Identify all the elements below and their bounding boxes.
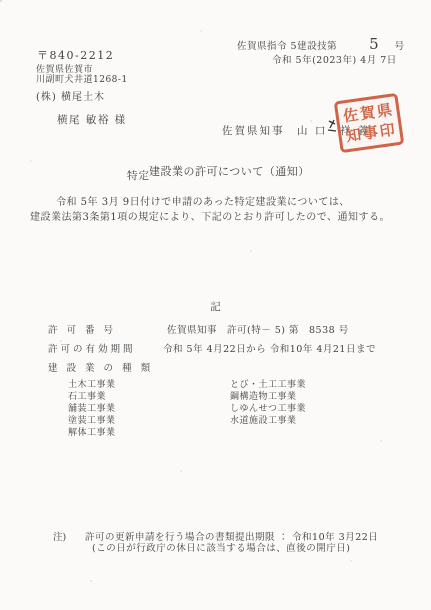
record-marker: 記 bbox=[0, 299, 431, 314]
title-classification: 特定 bbox=[127, 168, 150, 183]
issue-date: 令和 5年(2023年) 4月 7日 bbox=[272, 52, 397, 66]
recipient-postal-code: 〒840-2212 bbox=[37, 47, 114, 63]
document-page: 佐賀県指令 5建設技第 5 号 令和 5年(2023年) 4月 7日 〒840-… bbox=[0, 0, 431, 610]
recipient-person: 横尾 敏裕 様 bbox=[57, 112, 127, 127]
business-type: 塗装工事業 bbox=[68, 415, 116, 427]
ink-mark bbox=[327, 119, 337, 133]
body-line2: 建設業法第3条第1項の規定により、下記のとおり許可したので、通知する。 bbox=[30, 208, 390, 223]
business-types-right-column: とび・土工工事業 鋼構造物工事業 しゆんせつ工事業 水道施設工事業 bbox=[230, 379, 306, 427]
document-title: 建設業の許可について（通知） bbox=[149, 163, 310, 179]
field-value-validity-period: 令和 5年 4月22日から 令和10年 4月21日まで bbox=[163, 341, 376, 355]
note-marker: 注) bbox=[53, 529, 66, 543]
directive-prefix: 佐賀県指令 5建設技第 bbox=[237, 38, 337, 52]
business-type: とび・土工工事業 bbox=[230, 379, 306, 391]
business-type: 舗装工事業 bbox=[68, 403, 116, 415]
body-line1: 令和 5年 3月 9日付けで申請のあった特定建設業については、 bbox=[56, 193, 350, 208]
field-value-permit-number: 佐賀県知事 許可(特－ 5) 第 8538 号 bbox=[167, 322, 349, 336]
directive-line: 佐賀県指令 5建設技第 5 号 bbox=[237, 35, 405, 53]
field-label-validity-period: 許可の有効期間 bbox=[48, 341, 136, 355]
scan-noise bbox=[0, 0, 2, 2]
business-type: 鋼構造物工事業 bbox=[230, 391, 306, 403]
business-type: 解体工事業 bbox=[68, 427, 116, 439]
field-label-permit-number: 許 可 番 号 bbox=[48, 322, 116, 336]
business-type: しゆんせつ工事業 bbox=[230, 403, 306, 415]
business-types-left-column: 土木工事業 石工事業 舗装工事業 塗装工事業 解体工事業 bbox=[68, 379, 116, 439]
recipient-address-line2: 川副町犬井道1268-1 bbox=[36, 72, 128, 85]
governor-seal-stamp: 佐賀県 知事印 bbox=[334, 93, 405, 153]
business-type: 石工事業 bbox=[68, 391, 116, 403]
business-type: 土木工事業 bbox=[68, 379, 116, 391]
business-type: 水道施設工事業 bbox=[230, 415, 306, 427]
directive-suffix: 号 bbox=[395, 38, 405, 52]
recipient-company: (株) 横尾土木 bbox=[36, 88, 105, 103]
field-label-business-types: 建 設 業 の 種 類 bbox=[48, 360, 153, 374]
note-line2: (この日が行政庁の休日に該当する場合は、直後の開庁日) bbox=[92, 540, 350, 554]
directive-number: 5 bbox=[369, 35, 379, 53]
